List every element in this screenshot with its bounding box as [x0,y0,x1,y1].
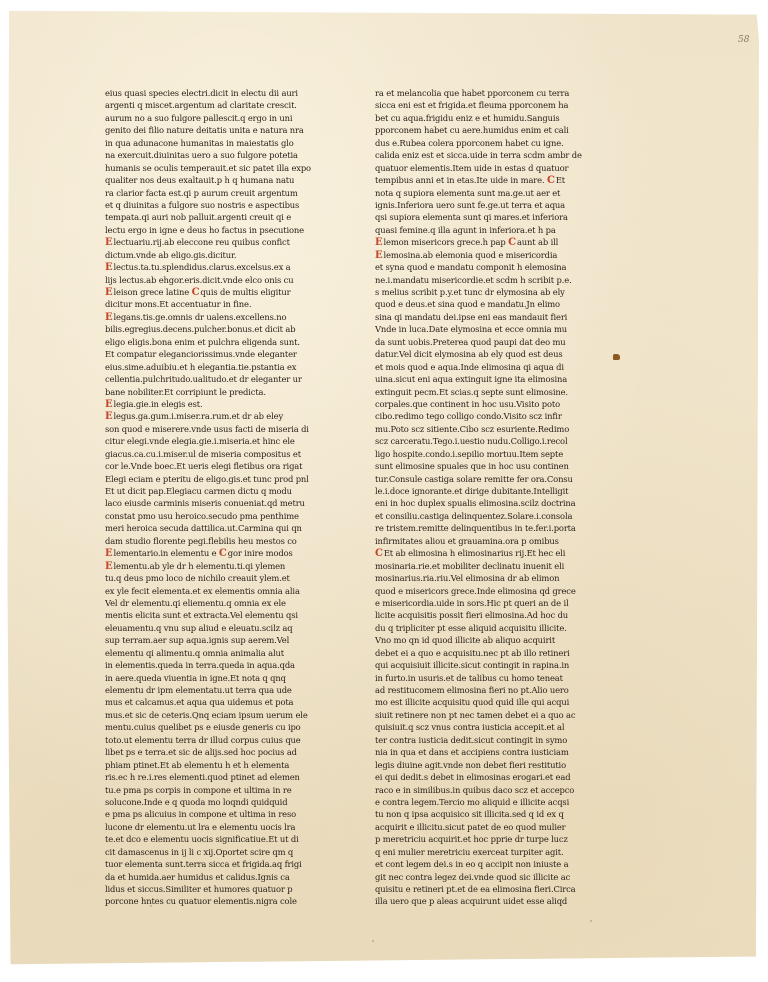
text-line: q eni mulier meretriciu exerceat turpite… [375,846,587,858]
text-line: lectu ergo in igne e deus ho factus in p… [105,224,317,236]
text-line: tuor elementa sunt.terra sicca et frigid… [105,858,317,870]
rubricated-initial: E [105,548,112,559]
text-line: datur.Vel dicit elymosina ab ely quod es… [375,348,587,360]
line-text: tur.Consule castiga solare remitte fer o… [375,474,573,484]
text-line: eius quasi species electri.dicit in elec… [105,87,317,99]
line-text: Et ut dicit pap.Elegiacu carmen dictu q … [105,486,292,496]
line-text: uina.sicut eni aqua extinguit igne ita e… [375,374,567,384]
text-line: e misericordia.uide in sors.Hic pt queri… [375,597,587,609]
text-line: genito dei filio nature deitatis unita e… [105,124,317,136]
line-text: pporconem habet cu aere.humidus enim et … [375,125,569,135]
text-line: Electus.ta.tu.splendidus.clarus.excelsus… [105,261,317,273]
line-text: re tristem.remitte delinquentibus in te.… [375,523,576,533]
line-text: sicca eni est et frigida.et fleuma pporc… [375,100,568,110]
text-line: citur elegi.vnde elegia.gie.i.miseria.et… [105,435,317,447]
line-text: dictum.vnde ab eligo.gis.dicitur. [105,250,236,260]
text-line: Elemosina.ab elemonia quod e misericordi… [375,249,587,261]
line-text: e misericordia.uide in sors.Hic pt queri… [375,598,569,608]
line-text: eius.sime.aduibiu.et h elegantia.tie.pst… [105,362,296,372]
text-line: Vno mo qn id quod illicite ab aliquo acq… [375,634,587,646]
text-line: quisiuit.q scz vnus contra iusticia acce… [375,721,587,733]
text-line: in aere.queda viuentia in igne.Et nota q… [105,672,317,684]
line-text: solucone.Inde e q quoda mo loqndi quidqu… [105,797,287,807]
line-text: Vno mo qn id quod illicite ab aliquo acq… [375,635,555,645]
line-text: quod e misericors grece.Inde elimosina q… [375,586,576,596]
line-text: ne.i.mandatu misericordie.et scdm h scri… [375,275,572,285]
text-line: nota q supiora elementa sunt ma.ge.ut ae… [375,187,587,199]
line-text: lementu.ab yle dr h elementu.ti.qi yleme… [113,561,285,571]
line-text: corpales.que continent in hoc usu.Visito… [375,399,560,409]
line-text: extinguit pecm.Et scias.q septe sunt eli… [375,387,568,397]
text-line: eni in hoc duplex spualis elimosina.scil… [375,497,587,509]
text-line: in qua adunacone humanitas in maiestatis… [105,137,317,149]
text-line: mentu.cuius quelibet ps e eiusde generis… [105,721,317,733]
text-line: Et ut dicit pap.Elegiacu carmen dictu q … [105,485,317,497]
text-line: p meretriciu acquirit.et hoc pprie dr tu… [375,833,587,845]
line-text: mentis elicita sunt et extracta.Vel elem… [105,610,298,620]
line-text: mosinaria.rie.et mobiliter declinatu inu… [375,561,564,571]
line-text: sup terram.aer sup aqua.ignis sup aerem.… [105,635,289,645]
text-line: porcone hntes cu quatuor elementis.nigra… [105,895,317,907]
text-line: tur.Consule castiga solare remitte fer o… [375,473,587,485]
line-text: Vel dr elementu.qi eliementu.q omnia ex … [105,598,286,608]
line-text: qsi supiora elementa sunt qi mares.et in… [375,212,568,222]
text-line: bilis.egregius.decens.pulcher.bonus.et d… [105,323,317,335]
text-line: et q diuinitas a fulgore suo nostris e a… [105,199,317,211]
line-text: gor inire modos [228,548,293,558]
line-text: meri heroica secuda dattilica.ut.Carmina… [105,523,302,533]
line-text: constat pmo usu heroico.secudo pma penth… [105,511,299,521]
line-text: lectu ergo in igne e deus ho factus in p… [105,225,304,235]
text-line: Et compatur eleganciorissimus.vnde elega… [105,348,317,360]
line-text: tempibus anni et in etas.Ite uide in mar… [375,175,544,185]
text-line: giacus.ca.cu.i.miser.ul de miseria compo… [105,448,317,460]
text-line: ra clarior facta est.qi p aurum creuit a… [105,187,317,199]
line-text: datur.Vel dicit elymosina ab ely quod es… [375,349,563,359]
line-text: ter contra iusticia dedit.sicut contingi… [375,735,567,745]
line-text: lementario.in elementu e [113,548,216,558]
line-text: qualiter nos deus exaltauit.p h q humana… [105,175,294,185]
line-text: Et [556,175,565,185]
line-text: porcone hntes cu quatuor elementis.nigra… [105,896,297,906]
line-text: aunt ab ill [517,237,558,247]
line-text: et syna quod e mandatu componit h elemos… [375,262,566,272]
text-line: tu.e pma ps corpis in compone et ultima … [105,784,317,796]
line-text: nia in qua et dans et accipiens contra i… [375,747,569,757]
text-line: ter contra iusticia dedit.sicut contingi… [375,734,587,746]
line-text: leison grece latine [113,287,189,297]
line-text: lidus et siccus.Similiter et humores qua… [105,884,293,894]
line-text: legia.gie.in elegis est. [113,399,202,409]
line-text: lectuariu.rij.ab eleccone reu quibus con… [113,237,289,247]
line-text: humanis se oculis temperauit.et sic pate… [105,163,311,173]
line-text: Vnde in luca.Date elymosina et ecce omni… [375,324,567,334]
text-line: extinguit pecm.Et scias.q septe sunt eli… [375,386,587,398]
ink-stain [613,354,620,360]
line-text: da sunt uobis.Preterea quod paupi dat de… [375,337,566,347]
line-text: quasi femine.q illa agunt in inferiora.e… [375,225,556,235]
text-line: debet ei a quo e acquisitu.nec pt ab ill… [375,647,587,659]
line-text: acquirit e illicitu.sicut patet de eo qu… [375,822,566,832]
text-line: dicitur mons.Et accentuatur in fine. [105,298,317,310]
text-line: mosinaria.rie.et mobiliter declinatu inu… [375,560,587,572]
text-line: cit damascenus in ij li c xij.Oportet sc… [105,846,317,858]
text-line: Eleison grece latine Cquis de multis eli… [105,286,317,298]
text-line: sunt elimosine spuales que in hoc usu co… [375,460,587,472]
text-line: raco e in similibus.in quibus daco scz e… [375,784,587,796]
line-text: da et humida.aer humidus et calidus.Igni… [105,872,290,882]
text-line: tempata.qi auri nob palluit.argenti creu… [105,211,317,223]
text-line: ignis.Inferiora uero sunt fe.ge.ut terra… [375,199,587,211]
line-text: quis de multis eligitur [200,287,290,297]
line-text: infirmitates aliou et grauamina.ora p om… [375,536,559,546]
rubricated-initial: E [105,287,112,298]
line-text: lijs lectus.ab ehgor.eris.dicit.vnde elc… [105,275,293,285]
text-line: re tristem.remitte delinquentibus in te.… [375,522,587,534]
rubricated-initial: E [105,262,112,273]
text-line: et mois quod e aqua.Inde elimosina qi aq… [375,361,587,373]
line-text: illa uero que p aleas acquirunt uidet es… [375,896,567,906]
text-line: bet cu aqua.frigidu eniz e et humidu.San… [375,112,587,124]
text-line: ris.ec h re.i.res elementi.quod ptinet a… [105,771,317,783]
line-text: dam studio florente pegi.flebilis heu me… [105,536,297,546]
text-line: e contra legem.Tercio mo aliquid e illic… [375,796,587,808]
line-text: mentu.cuius quelibet ps e eiusde generis… [105,722,301,732]
line-text: licite acquisitis possit fieri elimosina… [375,610,568,620]
rubricated-initial: E [105,561,112,572]
text-line: infirmitates aliou et grauamina.ora p om… [375,535,587,547]
line-text: legis diuine agit.vnde non debet fieri r… [375,760,566,770]
line-text: eius quasi species electri.dicit in elec… [105,88,298,98]
line-text: dicitur mons.Et accentuatur in fine. [105,299,251,309]
text-line: eleuamentu.q vnu sup aliud e eleuatu.sci… [105,622,317,634]
text-line: Elementu.ab yle dr h elementu.ti.qi ylem… [105,560,317,572]
text-line: cor le.Vnde boec.Et ueris elegi fletibus… [105,460,317,472]
text-line: Elegus.ga.gum.i.miser.ra.rum.et dr ab el… [105,410,317,422]
line-text: calida eniz est et sicca.uide in terra s… [375,150,582,160]
text-line: ad restitucomem elimosina fieri no pt.Al… [375,684,587,696]
text-line: tempibus anni et in etas.Ite uide in mar… [375,174,587,186]
folio-number: 58 [738,35,749,45]
text-line: corpales.que continent in hoc usu.Visito… [375,398,587,410]
text-line: git nec contra legez dei.vnde quod sic i… [375,871,587,883]
text-line: e pma ps alicuius in compone et ultima i… [105,808,317,820]
line-text: tu.e pma ps corpis in compone et ultima … [105,785,292,795]
text-line: cibo.redimo tego colligo condo.Visito sc… [375,410,587,422]
line-text: quisiuit.q scz vnus contra iusticia acce… [375,722,564,732]
line-text: Et ab elimosina h elimosinarius rij.Et h… [384,548,565,558]
text-line: quasi femine.q illa agunt in inferiora.e… [375,224,587,236]
text-line: Elegia.gie.in elegis est. [105,398,317,410]
line-text: elementu dr ipm elementatu.ut terra qua … [105,685,292,695]
text-line: quisitu e retineri pt.et de ea elimosina… [375,883,587,895]
line-text: argenti q miscet.argentum ad claritate c… [105,100,297,110]
line-text: eleuamentu.q vnu sup aliud e eleuatu.sci… [105,623,292,633]
text-line: s melius scribit p.y.et tunc dr elymosin… [375,286,587,298]
line-text: lectus.ta.tu.splendidus.clarus.excelsus.… [113,262,290,272]
text-line: aurum no a suo fulgore pallescit.q ergo … [105,112,317,124]
line-text: mus et calcamus.et aqua qua uidemus et p… [105,697,293,707]
line-text: quatuor elementis.Item uide in estas d q… [375,163,568,173]
paragraph-mark: C [375,548,383,559]
line-text: git nec contra legez dei.vnde quod sic i… [375,872,570,882]
text-line: ex yle fecit elementa.et ex elementis om… [105,585,317,597]
text-line: Elemon misericors grece.h pap Caunt ab i… [375,236,587,248]
line-text: tuor elementa sunt.terra sicca et frigid… [105,859,302,869]
text-line: phiam ptinet.Et ab elementu h et h eleme… [105,759,317,771]
text-line: te.et dco e elementu uocis significatiue… [105,833,317,845]
line-text: mu.Poto scz sitiente.Cibo scz esuriente.… [375,424,569,434]
line-text: ra clarior facta est.qi p aurum creuit a… [105,188,298,198]
text-line: lucone dr elementu.ut lra e elementu uoc… [105,821,317,833]
line-text: et mois quod e aqua.Inde elimosina qi aq… [375,362,564,372]
text-line: ligo hospite.condo.i.sepilio mortuu.Item… [375,448,587,460]
text-column-right: ra et melancolia que habet pporconem cu … [375,87,587,908]
text-line: da sunt uobis.Preterea quod paupi dat de… [375,336,587,348]
line-text: Et compatur eleganciorissimus.vnde elega… [105,349,297,359]
line-text: e pma ps alicuius in compone et ultima i… [105,809,296,819]
text-line: eius.sime.aduibiu.et h elegantia.tie.pst… [105,361,317,373]
text-line: libet ps e terra.et sic de alijs.sed hoc… [105,746,317,758]
line-text: s melius scribit p.y.et tunc dr elymosin… [375,287,565,297]
text-line: Electuariu.rij.ab eleccone reu quibus co… [105,236,317,248]
text-line: siuit retinere non pt nec tamen debet ei… [375,709,587,721]
line-text: in furto.in usuris.et de talibus cu homo… [375,673,563,683]
text-line: mus et calcamus.et aqua qua uidemus et p… [105,696,317,708]
line-text: eni in hoc duplex spualis elimosina.scil… [375,498,576,508]
paper-blemish [590,920,592,922]
paragraph-mark: C [192,287,200,298]
line-text: te.et dco e elementu uocis significatiue… [105,834,299,844]
line-text: debet ei a quo e acquisitu.nec pt ab ill… [375,648,570,658]
text-line: tu.q deus pmo loco de nichilo creauit yl… [105,572,317,584]
line-text: mus.et sic de ceteris.Qnq eciam ipsum ue… [105,710,308,720]
text-line: ra et melancolia que habet pporconem cu … [375,87,587,99]
line-text: cit damascenus in ij li c xij.Oportet sc… [105,847,293,857]
line-text: giacus.ca.cu.i.miser.ul de miseria compo… [105,449,301,459]
line-text: son quod e miserere.vnde usus facti de m… [105,424,309,434]
line-text: genito dei filio nature deitatis unita e… [105,125,304,135]
text-line: mentis elicita sunt et extracta.Vel elem… [105,609,317,621]
line-text: bane nobiliter.Et corripiunt le predicta… [105,387,266,397]
line-text: ligo hospite.condo.i.sepilio mortuu.Item… [375,449,563,459]
line-text: ei qui dedit.s debet in elimosinas eroga… [375,772,570,782]
text-line: lijs lectus.ab ehgor.eris.dicit.vnde elc… [105,274,317,286]
text-line: uina.sicut eni aqua extinguit igne ita e… [375,373,587,385]
line-text: bilis.egregius.decens.pulcher.bonus.et d… [105,324,295,334]
rubricated-initial: E [105,399,112,410]
text-line: nia in qua et dans et accipiens contra i… [375,746,587,758]
line-text: raco e in similibus.in quibus daco scz e… [375,785,574,795]
line-text: et q diuinitas a fulgore suo nostris e a… [105,200,299,210]
line-text: cibo.redimo tego colligo condo.Visito sc… [375,411,562,421]
text-line: lidus et siccus.Similiter et humores qua… [105,883,317,895]
line-text: in aere.queda viuentia in igne.Et nota q… [105,673,286,683]
text-line: meri heroica secuda dattilica.ut.Carmina… [105,522,317,534]
text-line: ei qui dedit.s debet in elimosinas eroga… [375,771,587,783]
line-text: ex yle fecit elementa.et ex elementis om… [105,586,300,596]
text-line: argenti q miscet.argentum ad claritate c… [105,99,317,111]
text-line: ne.i.mandatu misericordie.et scdm h scri… [375,274,587,286]
text-line: elementu dr ipm elementatu.ut terra qua … [105,684,317,696]
line-text: tu.q deus pmo loco de nichilo creauit yl… [105,573,290,583]
text-line: et consiliu.castiga delinquentez.Solare.… [375,510,587,522]
line-text: scz carceratu.Tego.i.uestio nudu.Colligo… [375,436,567,446]
line-text: citur elegi.vnde elegia.gie.i.miseria.et… [105,436,295,446]
text-line: pporconem habet cu aere.humidus enim et … [375,124,587,136]
text-line: illa uero que p aleas acquirunt uidet es… [375,895,587,907]
line-text: in elementis.queda in terra.queda in aqu… [105,660,295,670]
line-text: dus e.Rubea colera pporconem habet cu ig… [375,138,564,148]
line-text: le.i.doce ignorante.et dirige dubitante.… [375,486,568,496]
line-text: cellentia.pulchritudo.ualitudo.et dr ele… [105,374,302,384]
line-text: qui acquisiuit illicite.sicut contingit … [375,660,569,670]
paragraph-mark: C [547,175,555,186]
text-line: Elegans.tis.ge.omnis dr ualens.excellens… [105,311,317,323]
text-line: scz carceratu.Tego.i.uestio nudu.Colligo… [375,435,587,447]
line-text: ra et melancolia que habet pporconem cu … [375,88,569,98]
line-text: quod e deus.et sina quod e mandatu.Jn el… [375,299,560,309]
line-text: mosinarius.ria.riu.Vel elimosina dr ab e… [375,573,559,583]
text-line: calida eniz est et sicca.uide in terra s… [375,149,587,161]
line-text: aurum no a suo fulgore pallescit.q ergo … [105,113,292,123]
text-line: qsi supiora elementa sunt qi mares.et in… [375,211,587,223]
text-line: Vnde in luca.Date elymosina et ecce omni… [375,323,587,335]
line-text: ad restitucomem elimosina fieri no pt.Al… [375,685,569,695]
line-text: mo est illicite acquisitu quod quid ille… [375,697,569,707]
line-text: elementu qi alimentu.q omnia animalia al… [105,648,284,658]
text-line: Elementario.in elementu e Cgor inire mod… [105,547,317,559]
text-line: constat pmo usu heroico.secudo pma penth… [105,510,317,522]
line-text: Elegi eciam e pteritu de eligo.gis.et tu… [105,474,309,484]
text-line: quod e deus.et sina quod e mandatu.Jn el… [375,298,587,310]
text-line: qualiter nos deus exaltauit.p h q humana… [105,174,317,186]
text-line: sicca eni est et frigida.et fleuma pporc… [375,99,587,111]
text-line: in elementis.queda in terra.queda in aqu… [105,659,317,671]
text-line: solucone.Inde e q quoda mo loqndi quidqu… [105,796,317,808]
text-line: le.i.doce ignorante.et dirige dubitante.… [375,485,587,497]
line-text: quisitu e retineri pt.et de ea elimosina… [375,884,576,894]
text-line: eligo eligis.bona enim et pulchra eligen… [105,336,317,348]
rubricated-initial: E [105,411,112,422]
line-text: cor le.Vnde boec.Et ueris elegi fletibus… [105,461,302,471]
line-text: p meretriciu acquirit.et hoc pprie dr tu… [375,834,568,844]
line-text: legans.tis.ge.omnis dr ualens.excellens.… [113,312,286,322]
text-line: sina qi mandatu dei.ipse eni eas mandaui… [375,311,587,323]
text-line: na exercuit.diuinitas uero a suo fulgore… [105,149,317,161]
text-line: legis diuine agit.vnde non debet fieri r… [375,759,587,771]
line-text: phiam ptinet.Et ab elementu h et h eleme… [105,760,289,770]
line-text: tu non q ipsa acquisico sit illicita.sed… [375,809,564,819]
text-line: tu non q ipsa acquisico sit illicita.sed… [375,808,587,820]
text-line: quod e misericors grece.Inde elimosina q… [375,585,587,597]
line-text: sina qi mandatu dei.ipse eni eas mandaui… [375,312,567,322]
text-line: CEt ab elimosina h elimosinarius rij.Et … [375,547,587,559]
text-line: mosinarius.ria.riu.Vel elimosina dr ab e… [375,572,587,584]
rubricated-initial: E [375,250,382,261]
rubricated-initial: E [105,312,112,323]
rubricated-initial: E [105,237,112,248]
text-line: et syna quod e mandatu componit h elemos… [375,261,587,273]
line-text: legus.ga.gum.i.miser.ra.rum.et dr ab ele… [113,411,283,421]
text-line: da et humida.aer humidus et calidus.Igni… [105,871,317,883]
text-line: mu.Poto scz sitiente.Cibo scz esuriente.… [375,423,587,435]
text-line: Vel dr elementu.qi eliementu.q omnia ex … [105,597,317,609]
text-line: in furto.in usuris.et de talibus cu homo… [375,672,587,684]
paper-blemish [372,940,374,942]
text-line: dus e.Rubea colera pporconem habet cu ig… [375,137,587,149]
line-text: na exercuit.diuinitas uero a suo fulgore… [105,150,298,160]
text-line: son quod e miserere.vnde usus facti de m… [105,423,317,435]
text-line: elementu qi alimentu.q omnia animalia al… [105,647,317,659]
text-line: du q tripliciter pt esse aliquid acquisi… [375,622,587,634]
line-text: bet cu aqua.frigidu eniz e et humidu.San… [375,113,560,123]
text-line: quatuor elementis.Item uide in estas d q… [375,162,587,174]
text-line: qui acquisiuit illicite.sicut contingit … [375,659,587,671]
line-text: e contra legem.Tercio mo aliquid e illic… [375,797,569,807]
line-text: toto.ut elementu terra dr illud corpus c… [105,735,301,745]
text-line: mo est illicite acquisitu quod quid ille… [375,696,587,708]
text-line: humanis se oculis temperauit.et sic pate… [105,162,317,174]
line-text: ris.ec h re.i.res elementi.quod ptinet a… [105,772,300,782]
text-line: cellentia.pulchritudo.ualitudo.et dr ele… [105,373,317,385]
text-line: toto.ut elementu terra dr illud corpus c… [105,734,317,746]
text-column-left: eius quasi species electri.dicit in elec… [105,87,317,908]
text-line: licite acquisitis possit fieri elimosina… [375,609,587,621]
text-line: sup terram.aer sup aqua.ignis sup aerem.… [105,634,317,646]
line-text: lemosina.ab elemonia quod e misericordia [383,250,557,260]
line-text: tempata.qi auri nob palluit.argenti creu… [105,212,291,222]
line-text: in qua adunacone humanitas in maiestatis… [105,138,294,148]
text-line: laco eiusde carminis miseris conueniat.q… [105,497,317,509]
line-text: lemon misericors grece.h pap [383,237,505,247]
line-text: du q tripliciter pt esse aliquid acquisi… [375,623,567,633]
line-text: et consiliu.castiga delinquentez.Solare.… [375,511,572,521]
line-text: siuit retinere non pt nec tamen debet ei… [375,710,575,720]
text-line: Elegi eciam e pteritu de eligo.gis.et tu… [105,473,317,485]
text-line: mus.et sic de ceteris.Qnq eciam ipsum ue… [105,709,317,721]
text-line: acquirit e illicitu.sicut patet de eo qu… [375,821,587,833]
text-line: dictum.vnde ab eligo.gis.dicitur. [105,249,317,261]
line-text: laco eiusde carminis miseris conueniat.q… [105,498,305,508]
paragraph-mark: C [219,548,227,559]
line-text: nota q supiora elementa sunt ma.ge.ut ae… [375,188,560,198]
text-line: et cont legem dei.s in eo q accipit non … [375,858,587,870]
line-text: lucone dr elementu.ut lra e elementu uoc… [105,822,295,832]
line-text: libet ps e terra.et sic de alijs.sed hoc… [105,747,297,757]
line-text: ignis.Inferiora uero sunt fe.ge.ut terra… [375,200,565,210]
paragraph-mark: C [508,237,516,248]
line-text: eligo eligis.bona enim et pulchra eligen… [105,337,300,347]
line-text: et cont legem dei.s in eo q accipit non … [375,859,568,869]
rubricated-initial: E [375,237,382,248]
text-line: dam studio florente pegi.flebilis heu me… [105,535,317,547]
line-text: sunt elimosine spuales que in hoc usu co… [375,461,569,471]
line-text: q eni mulier meretriciu exerceat turpite… [375,847,563,857]
text-line: bane nobiliter.Et corripiunt le predicta… [105,386,317,398]
